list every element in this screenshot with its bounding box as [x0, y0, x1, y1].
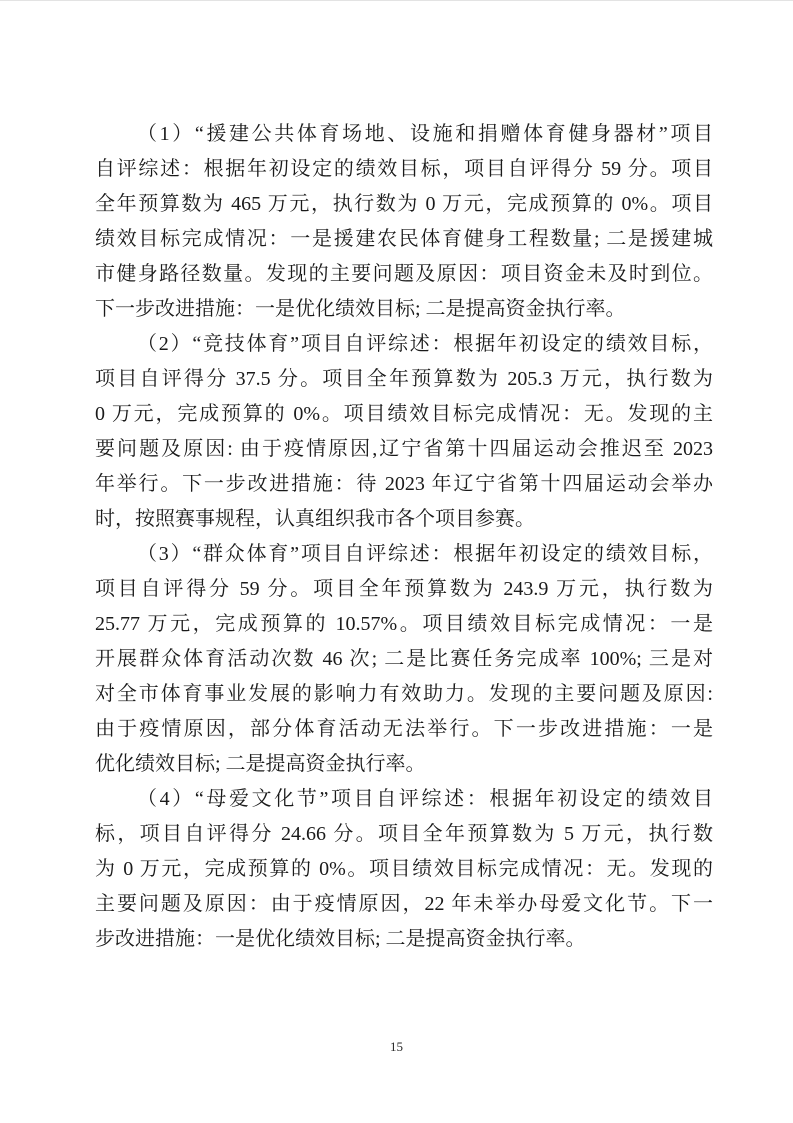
- text-line: 0 万元，完成预算的 0%。项目绩效目标完成情况：无。发现的主: [95, 397, 713, 432]
- text-line: 项目自评得分 59 分。项目全年预算数为 243.9 万元，执行数为: [95, 572, 713, 607]
- text-line: 项目自评得分 37.5 分。项目全年预算数为 205.3 万元，执行数为: [95, 362, 713, 397]
- paragraph-project-2: （2）“竞技体育”项目自评综述：根据年初设定的绩效目标， 项目自评得分 37.5…: [95, 327, 713, 537]
- text-line: 自评综述：根据年初设定的绩效目标，项目自评得分 59 分。项目: [95, 152, 713, 187]
- paragraph-project-4: （4）“母爱文化节”项目自评综述：根据年初设定的绩效目 标，项目自评得分 24.…: [95, 782, 713, 957]
- text-line: 对全市体育事业发展的影响力有效助力。发现的主要问题及原因:: [95, 677, 713, 712]
- text-line: 年举行。下一步改进措施：待 2023 年辽宁省第十四届运动会举办: [95, 467, 713, 502]
- text-line: 标，项目自评得分 24.66 分。项目全年预算数为 5 万元，执行数: [95, 817, 713, 852]
- text-line: 绩效目标完成情况：一是援建农民体育健身工程数量; 二是援建城: [95, 222, 713, 257]
- text-line: 要问题及原因: 由于疫情原因,辽宁省第十四届运动会推迟至 2023: [95, 432, 713, 467]
- text-line: （4）“母爱文化节”项目自评综述：根据年初设定的绩效目: [95, 782, 713, 817]
- text-line: 步改进措施：一是优化绩效目标; 二是提高资金执行率。: [95, 922, 713, 957]
- document-body: （1）“援建公共体育场地、设施和捐赠体育健身器材”项目 自评综述：根据年初设定的…: [95, 117, 713, 957]
- text-line: 开展群众体育活动次数 46 次; 二是比赛任务完成率 100%; 三是对: [95, 642, 713, 677]
- text-line: （1）“援建公共体育场地、设施和捐赠体育健身器材”项目: [95, 117, 713, 152]
- text-line: 25.77 万元，完成预算的 10.57%。项目绩效目标完成情况：一是: [95, 607, 713, 642]
- text-line: 市健身路径数量。发现的主要问题及原因：项目资金未及时到位。: [95, 257, 713, 292]
- text-line: 为 0 万元，完成预算的 0%。项目绩效目标完成情况：无。发现的: [95, 852, 713, 887]
- text-line: 优化绩效目标; 二是提高资金执行率。: [95, 747, 713, 782]
- text-line: 时，按照赛事规程，认真组织我市各个项目参赛。: [95, 502, 713, 537]
- text-line: 全年预算数为 465 万元，执行数为 0 万元，完成预算的 0%。项目: [95, 187, 713, 222]
- paragraph-project-1: （1）“援建公共体育场地、设施和捐赠体育健身器材”项目 自评综述：根据年初设定的…: [95, 117, 713, 327]
- text-line: 主要问题及原因：由于疫情原因，22 年未举办母爱文化节。下一: [95, 887, 713, 922]
- document-page: （1）“援建公共体育场地、设施和捐赠体育健身器材”项目 自评综述：根据年初设定的…: [0, 0, 793, 1123]
- text-line: 下一步改进措施：一是优化绩效目标; 二是提高资金执行率。: [95, 292, 713, 327]
- paragraph-project-3: （3）“群众体育”项目自评综述：根据年初设定的绩效目标， 项目自评得分 59 分…: [95, 537, 713, 782]
- page-number: 15: [0, 1039, 793, 1055]
- text-line: （2）“竞技体育”项目自评综述：根据年初设定的绩效目标，: [95, 327, 713, 362]
- text-line: （3）“群众体育”项目自评综述：根据年初设定的绩效目标，: [95, 537, 713, 572]
- text-line: 由于疫情原因，部分体育活动无法举行。下一步改进措施：一是: [95, 712, 713, 747]
